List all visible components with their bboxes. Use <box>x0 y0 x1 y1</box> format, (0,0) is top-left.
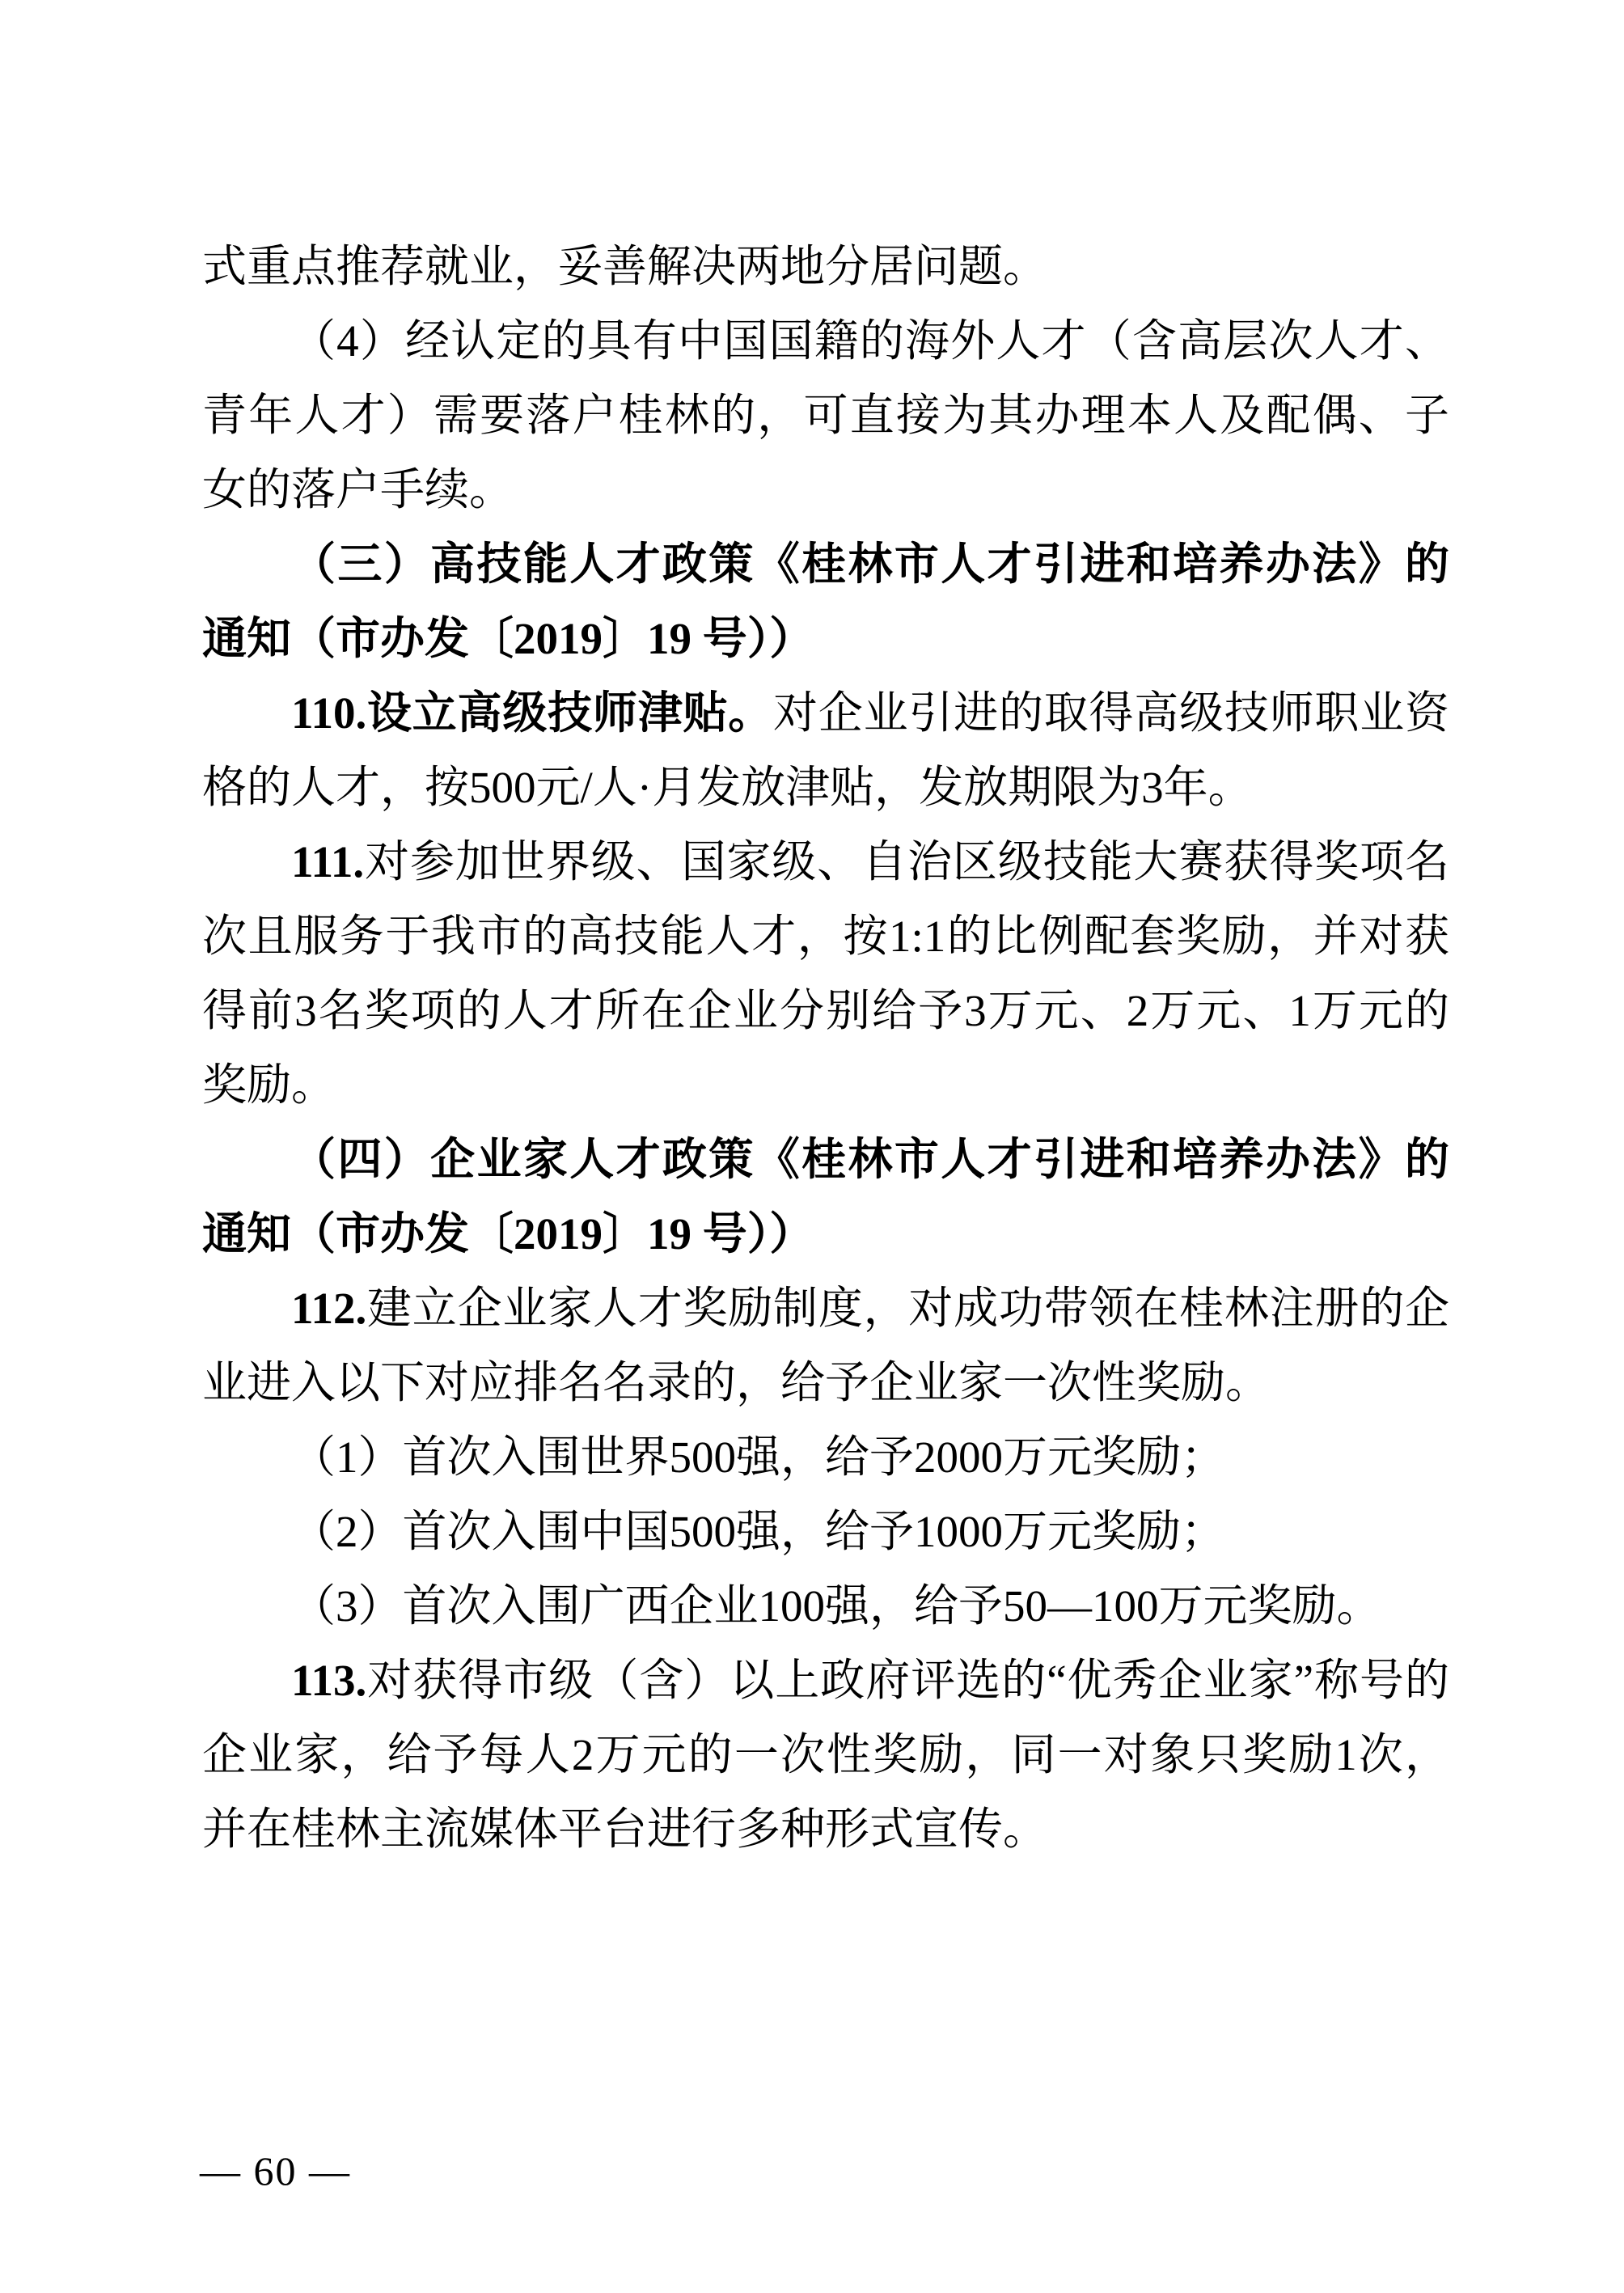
text-line: （四）企业家人才政策《桂林市人才引进和培养办法》的 <box>202 1123 1449 1197</box>
document-body: 式重点推荐就业，妥善解决两地分居问题。（4）经认定的具有中国国籍的海外人才（含高… <box>202 230 1449 1867</box>
text-line: 奖励。 <box>202 1048 1449 1123</box>
text-line: 业进入以下对应排名名录的，给予企业家一次性奖励。 <box>202 1346 1449 1420</box>
text-line: 格的人才，按500元/人·月发放津贴，发放期限为3年。 <box>202 751 1449 825</box>
text-line: 女的落户手续。 <box>202 453 1449 527</box>
text-segment: 式重点推荐就业，妥善解决两地分居问题。 <box>202 242 1047 291</box>
text-line: 并在桂林主流媒体平台进行多种形式宣传。 <box>202 1792 1449 1867</box>
text-segment: （4）经认定的具有中国国籍的海外人才（含高层次人才、 <box>291 316 1449 366</box>
text-line: 企业家，给予每人2万元的一次性奖励，同一对象只奖励1次， <box>202 1718 1449 1792</box>
text-segment: 企业家，给予每人2万元的一次性奖励，同一对象只奖励1次， <box>202 1730 1449 1779</box>
text-line: （4）经认定的具有中国国籍的海外人才（含高层次人才、 <box>202 304 1449 379</box>
text-line: 次且服务于我市的高技能人才，按1:1的比例配套奖励，并对获 <box>202 899 1449 974</box>
text-segment: （2）首次入围中国500强，给予1000万元奖励； <box>291 1507 1225 1556</box>
text-segment: （3）首次入围广西企业100强，给予50—100万元奖励。 <box>291 1581 1381 1631</box>
text-line: 通知（市办发〔2019〕19 号）） <box>202 602 1449 676</box>
text-line: （2）首次入围中国500强，给予1000万元奖励； <box>202 1495 1449 1569</box>
text-segment: 得前3名奖项的人才所在企业分别给予3万元、2万元、1万元的 <box>202 986 1449 1035</box>
text-segment: 女的落户手续。 <box>202 465 514 514</box>
text-line: 青年人才）需要落户桂林的，可直接为其办理本人及配偶、子 <box>202 379 1449 453</box>
text-line: 111.对参加世界级、国家级、自治区级技能大赛获得奖项名 <box>202 825 1449 899</box>
text-segment: 青年人才）需要落户桂林的，可直接为其办理本人及配偶、子 <box>202 391 1449 440</box>
text-segment: 次且服务于我市的高技能人才，按1:1的比例配套奖励，并对获 <box>202 912 1449 961</box>
text-segment: 对企业引进的取得高级技师职业资 <box>773 688 1449 738</box>
text-line: 112.建立企业家人才奖励制度，对成功带领在桂林注册的企 <box>202 1271 1449 1346</box>
text-segment: 业进入以下对应排名名录的，给予企业家一次性奖励。 <box>202 1358 1270 1407</box>
bold-text-segment: 111. <box>291 837 364 886</box>
bold-text-segment: 通知（市办发〔2019〕19 号）） <box>202 614 814 663</box>
page-number: — 60 — <box>200 2148 351 2194</box>
text-line: 得前3名奖项的人才所在企业分别给予3万元、2万元、1万元的 <box>202 974 1449 1048</box>
bold-text-segment: 110.设立高级技师津贴。 <box>291 688 773 738</box>
text-segment: 并在桂林主流媒体平台进行多种形式宣传。 <box>202 1804 1047 1854</box>
bold-text-segment: 112. <box>291 1284 366 1333</box>
bold-text-segment: 113. <box>291 1656 366 1705</box>
text-line: 113.对获得市级（含）以上政府评选的“优秀企业家”称号的 <box>202 1644 1449 1718</box>
text-segment: （1）首次入围世界500强，给予2000万元奖励； <box>291 1432 1225 1482</box>
text-line: （3）首次入围广西企业100强，给予50—100万元奖励。 <box>202 1569 1449 1644</box>
text-line: 通知（市办发〔2019〕19 号）） <box>202 1197 1449 1271</box>
bold-text-segment: 通知（市办发〔2019〕19 号）） <box>202 1209 814 1259</box>
text-segment: 格的人才，按500元/人·月发放津贴，发放期限为3年。 <box>202 763 1253 812</box>
text-line: 式重点推荐就业，妥善解决两地分居问题。 <box>202 230 1449 304</box>
bold-text-segment: （四）企业家人才政策《桂林市人才引进和培养办法》的 <box>291 1135 1449 1184</box>
document-page: { "colors": { "text": "#000000", "backgr… <box>0 0 1624 2293</box>
text-line: （1）首次入围世界500强，给予2000万元奖励； <box>202 1420 1449 1495</box>
text-segment: 奖励。 <box>202 1060 336 1110</box>
bold-text-segment: （三）高技能人才政策《桂林市人才引进和培养办法》的 <box>291 539 1449 589</box>
text-line: （三）高技能人才政策《桂林市人才引进和培养办法》的 <box>202 527 1449 602</box>
text-segment: 对参加世界级、国家级、自治区级技能大赛获得奖项名 <box>364 837 1449 886</box>
text-line: 110.设立高级技师津贴。对企业引进的取得高级技师职业资 <box>202 676 1449 751</box>
text-segment: 建立企业家人才奖励制度，对成功带领在桂林注册的企 <box>366 1284 1449 1333</box>
text-segment: 对获得市级（含）以上政府评选的“优秀企业家”称号的 <box>366 1656 1449 1705</box>
